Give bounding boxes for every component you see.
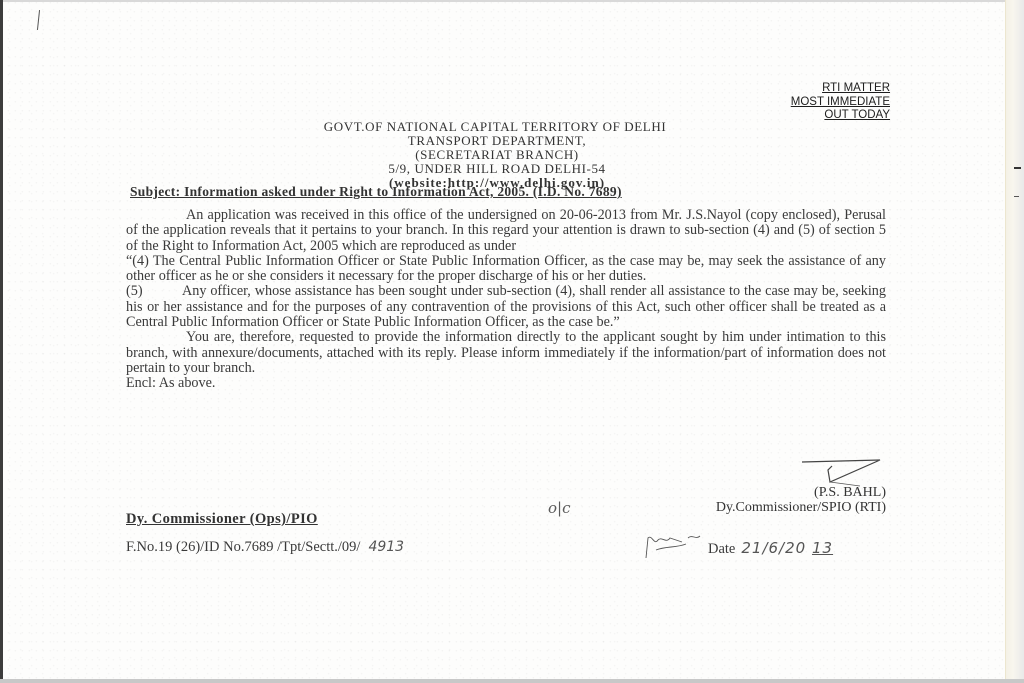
stamp-most-immediate: MOST IMMEDIATE	[791, 96, 890, 110]
letter-body: An application was received in this offi…	[126, 208, 886, 392]
section-5-number: (5)	[126, 284, 182, 299]
handwritten-initial: o|c	[548, 499, 571, 517]
letterhead-government: GOVT.OF NATIONAL CAPITAL TERRITORY OF DE…	[0, 120, 1024, 134]
enclosure-note: Encl: As above.	[126, 376, 886, 391]
margin-mark	[1014, 196, 1019, 197]
letterhead: GOVT.OF NATIONAL CAPITAL TERRITORY OF DE…	[0, 120, 1024, 190]
section-5-text: Any officer, whose assistance has been s…	[126, 283, 886, 330]
date-line: Date21/6/20 13	[708, 539, 833, 558]
handwritten-dispatch-number: 4913	[368, 539, 404, 555]
scanned-document-page: RTI MATTER MOST IMMEDIATE OUT TODAY GOVT…	[0, 0, 1024, 683]
signature-icon	[800, 458, 882, 488]
paragraph-section-4: “(4) The Central Public Information Offi…	[126, 254, 886, 285]
priority-stamp: RTI MATTER MOST IMMEDIATE OUT TODAY	[791, 82, 890, 123]
page-bottom-edge	[0, 679, 1024, 683]
handwritten-date: 21/6/20 13	[741, 539, 833, 557]
page-right-edge	[1005, 0, 1024, 683]
paragraph-section-5: (5)Any officer, whose assistance has bee…	[126, 284, 886, 330]
stamp-rti-matter: RTI MATTER	[791, 82, 890, 96]
letterhead-address: 5/9, UNDER HILL ROAD DELHI-54	[0, 162, 1024, 176]
signatory-designation: Dy.Commissioner/SPIO (RTI)	[716, 500, 886, 515]
addressee: Dy. Commissioner (Ops)/PIO	[126, 511, 318, 528]
date-label: Date	[708, 541, 735, 557]
page-left-edge	[0, 0, 3, 683]
letterhead-branch: (SECRETARIAT BRANCH)	[0, 148, 1024, 162]
initials-scribble-icon	[642, 532, 708, 560]
signatory-name: (P.S. BAHL)	[716, 485, 886, 500]
subject-line: Subject: Information asked under Right t…	[130, 184, 622, 200]
handwritten-date-year: 13	[812, 539, 833, 557]
file-number-line: F.No.19 (26)/ID No.7689 /Tpt/Sectt./09/4…	[126, 539, 404, 556]
file-number: F.No.19 (26)/ID No.7689 /Tpt/Sectt./09/	[126, 539, 360, 555]
paragraph-application: An application was received in this offi…	[126, 208, 886, 254]
handwritten-date-day-month: 21/6/20	[741, 539, 806, 557]
signatory-block: (P.S. BAHL) Dy.Commissioner/SPIO (RTI)	[716, 485, 886, 515]
letterhead-department: TRANSPORT DEPARTMENT,	[0, 134, 1024, 148]
page-top-edge	[0, 0, 1024, 2]
paragraph-request: You are, therefore, requested to provide…	[126, 330, 886, 376]
pen-mark	[37, 10, 40, 30]
